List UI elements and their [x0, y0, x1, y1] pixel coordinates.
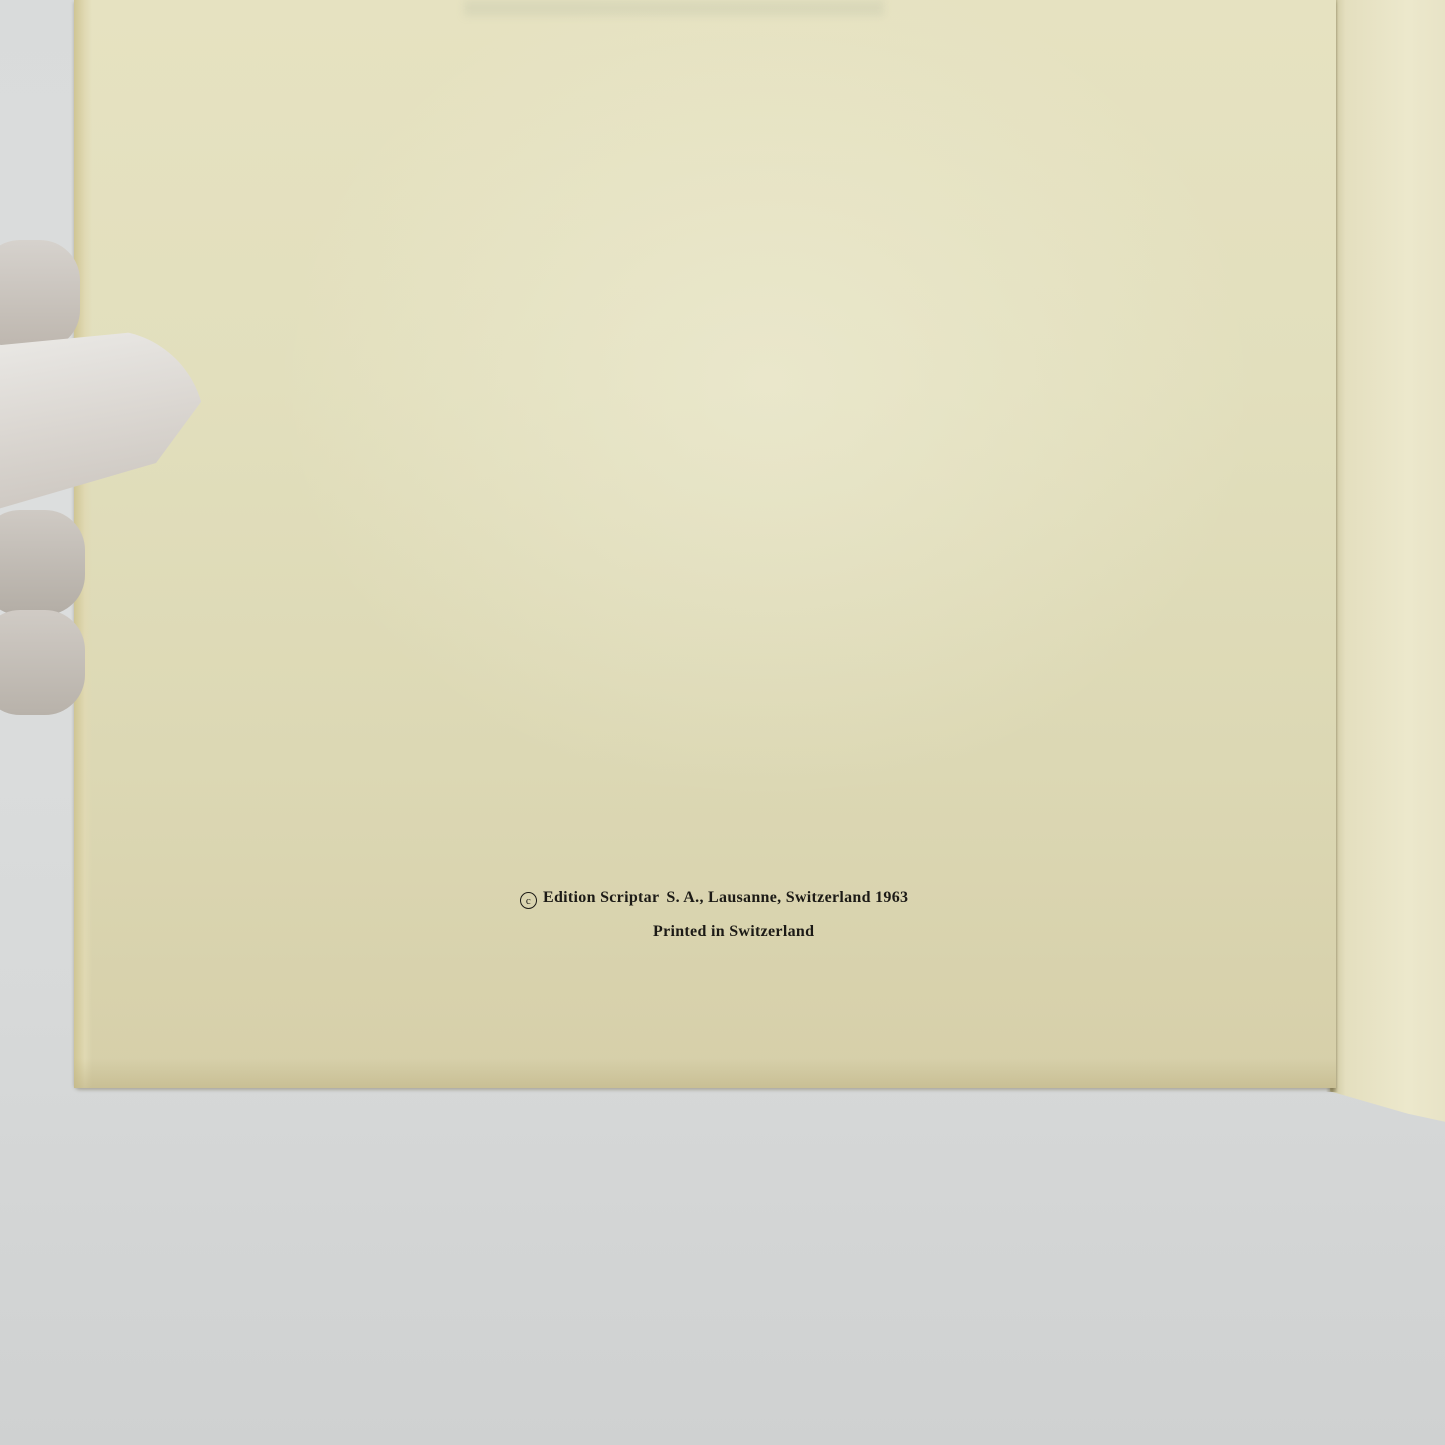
publisher-name: Edition Scriptar: [543, 889, 659, 906]
copyright-page: cEdition ScriptarS. A., Lausanne, Switze…: [74, 0, 1336, 1088]
copyright-line: cEdition ScriptarS. A., Lausanne, Switze…: [520, 890, 908, 909]
glove-finger: [0, 610, 85, 715]
publisher-location-year: S. A., Lausanne, Switzerland 1963: [666, 889, 908, 906]
photo-scene: cEdition ScriptarS. A., Lausanne, Switze…: [0, 0, 1445, 1445]
reverse-side-bleed-through: [464, 0, 884, 16]
glove-thumb: [0, 330, 205, 520]
next-page-edge: [1330, 0, 1445, 1125]
glove-finger: [0, 510, 85, 615]
printed-in-line: Printed in Switzerland: [653, 924, 814, 940]
gloved-hand: [0, 240, 210, 720]
copyright-icon: c: [520, 892, 537, 909]
glove-finger: [0, 240, 80, 350]
